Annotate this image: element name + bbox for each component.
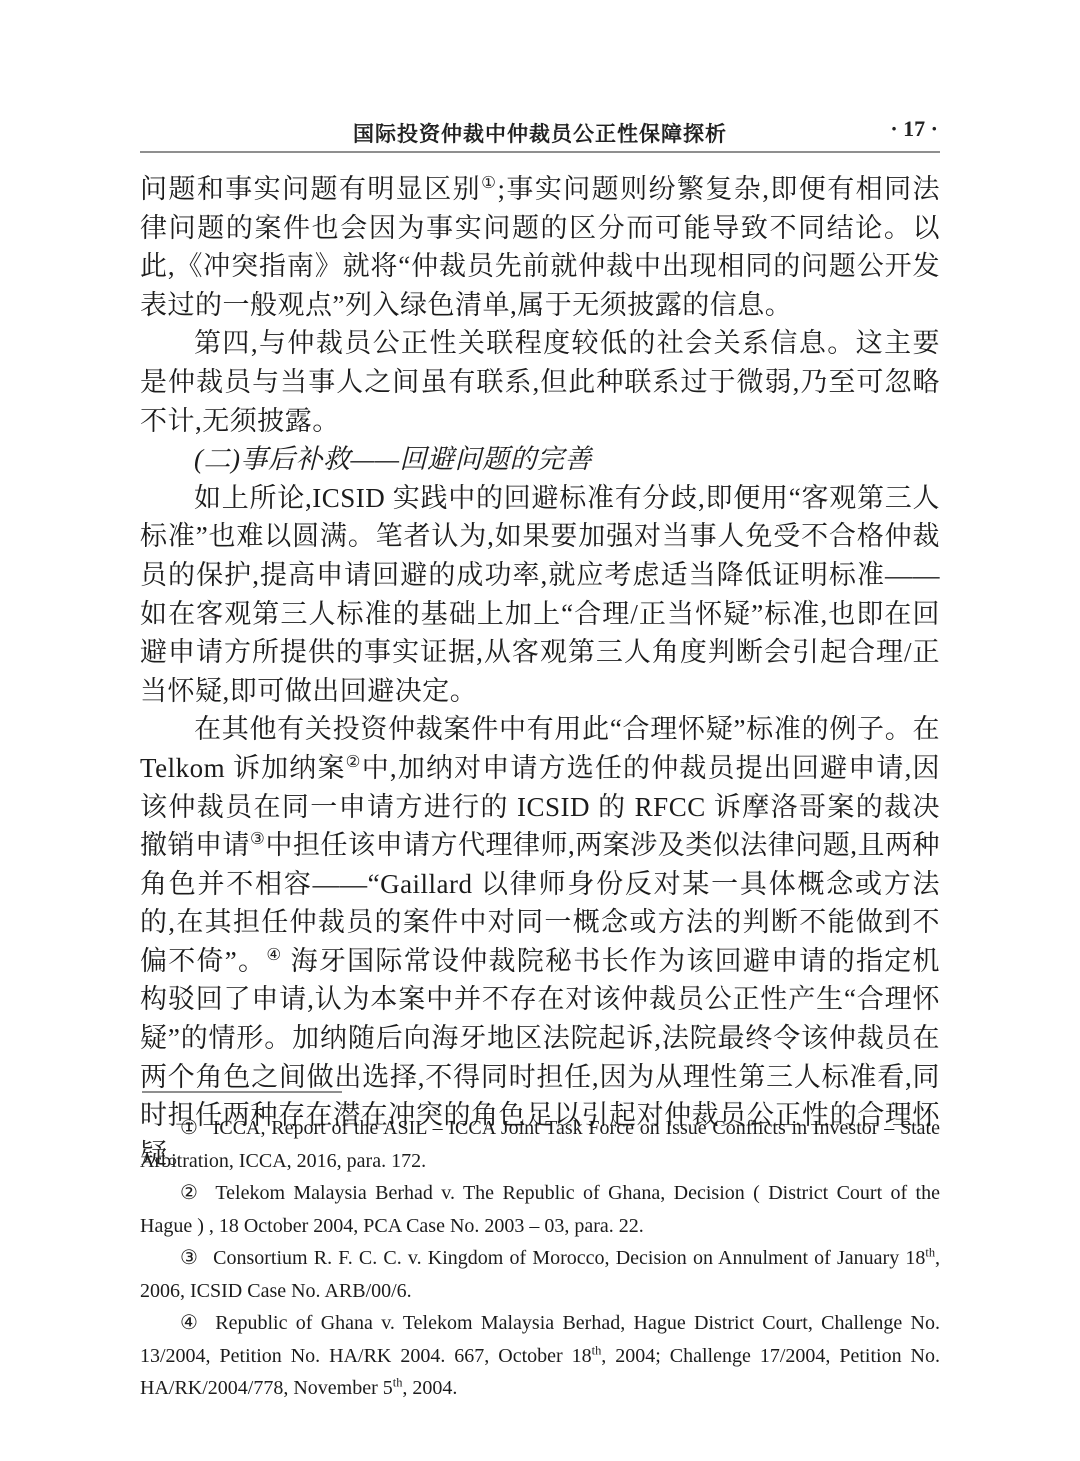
header-rule [140,151,940,153]
text-run: , 2004. [402,1377,457,1399]
text-run: (二)事后补救——回避问题的完善 [194,444,592,474]
footnote-item: ②Telekom Malaysia Berhad v. The Republic… [140,1177,940,1242]
text-run: 问题和事实问题有明显区别 [140,174,481,204]
footnote-marker: ③ [180,1247,199,1269]
text-run: Telekom Malaysia Berhad v. The Republic … [140,1182,940,1237]
footnote-marker: ② [180,1182,201,1204]
footnote-marker: ④ [180,1312,201,1334]
footnote-separator [142,1091,342,1093]
footnote-marker: ① [180,1117,199,1139]
footnote-ref-superscript: ② [346,752,362,771]
footnote-ref-superscript: th [925,1245,935,1259]
document-body: 问题和事实问题有明显区别①;事实问题则纷繁复杂,即便有相同法律问题的案件也会因为… [140,170,940,1173]
text-run: ICCA, Report of the ASIL – ICCA Joint Ta… [140,1117,940,1172]
footnotes-section: ①ICCA, Report of the ASIL – ICCA Joint T… [140,1112,940,1405]
header-title: 国际投资仲裁中仲裁员公正性保障探析 [140,118,940,148]
footnote-ref-superscript: ① [481,173,497,192]
footnote-item: ③Consortium R. F. C. C. v. Kingdom of Mo… [140,1242,940,1307]
footnote-ref-superscript: ③ [250,829,266,848]
text-run: 如上所论,ICSID 实践中的回避标准有分歧,即便用“客观第三人标准”也难以圆满… [140,483,940,706]
body-paragraph: 如上所论,ICSID 实践中的回避标准有分歧,即便用“客观第三人标准”也难以圆满… [140,479,940,711]
document-page: 国际投资仲裁中仲裁员公正性保障探析 · 17 · 问题和事实问题有明显区别①;事… [0,0,1080,1461]
body-paragraph: 第四,与仲裁员公正性关联程度较低的社会关系信息。这主要是仲裁员与当事人之间虽有联… [140,324,940,440]
section-heading: (二)事后补救——回避问题的完善 [140,440,940,479]
footnote-item: ④Republic of Ghana v. Telekom Malaysia B… [140,1307,940,1405]
footnote-item: ①ICCA, Report of the ASIL – ICCA Joint T… [140,1112,940,1177]
footnote-ref-superscript: th [393,1375,403,1389]
body-paragraph: 问题和事实问题有明显区别①;事实问题则纷繁复杂,即便有相同法律问题的案件也会因为… [140,170,940,324]
text-run: 第四,与仲裁员公正性关联程度较低的社会关系信息。这主要是仲裁员与当事人之间虽有联… [140,328,940,435]
body-paragraph: 在其他有关投资仲裁案件中有用此“合理怀疑”标准的例子。在 Telkom 诉加纳案… [140,710,940,1173]
footnote-ref-superscript: th [592,1343,602,1357]
header-page-number: · 17 · [890,116,938,142]
footnote-ref-superscript: ④ [266,945,282,964]
text-run: Consortium R. F. C. C. v. Kingdom of Mor… [213,1247,925,1269]
